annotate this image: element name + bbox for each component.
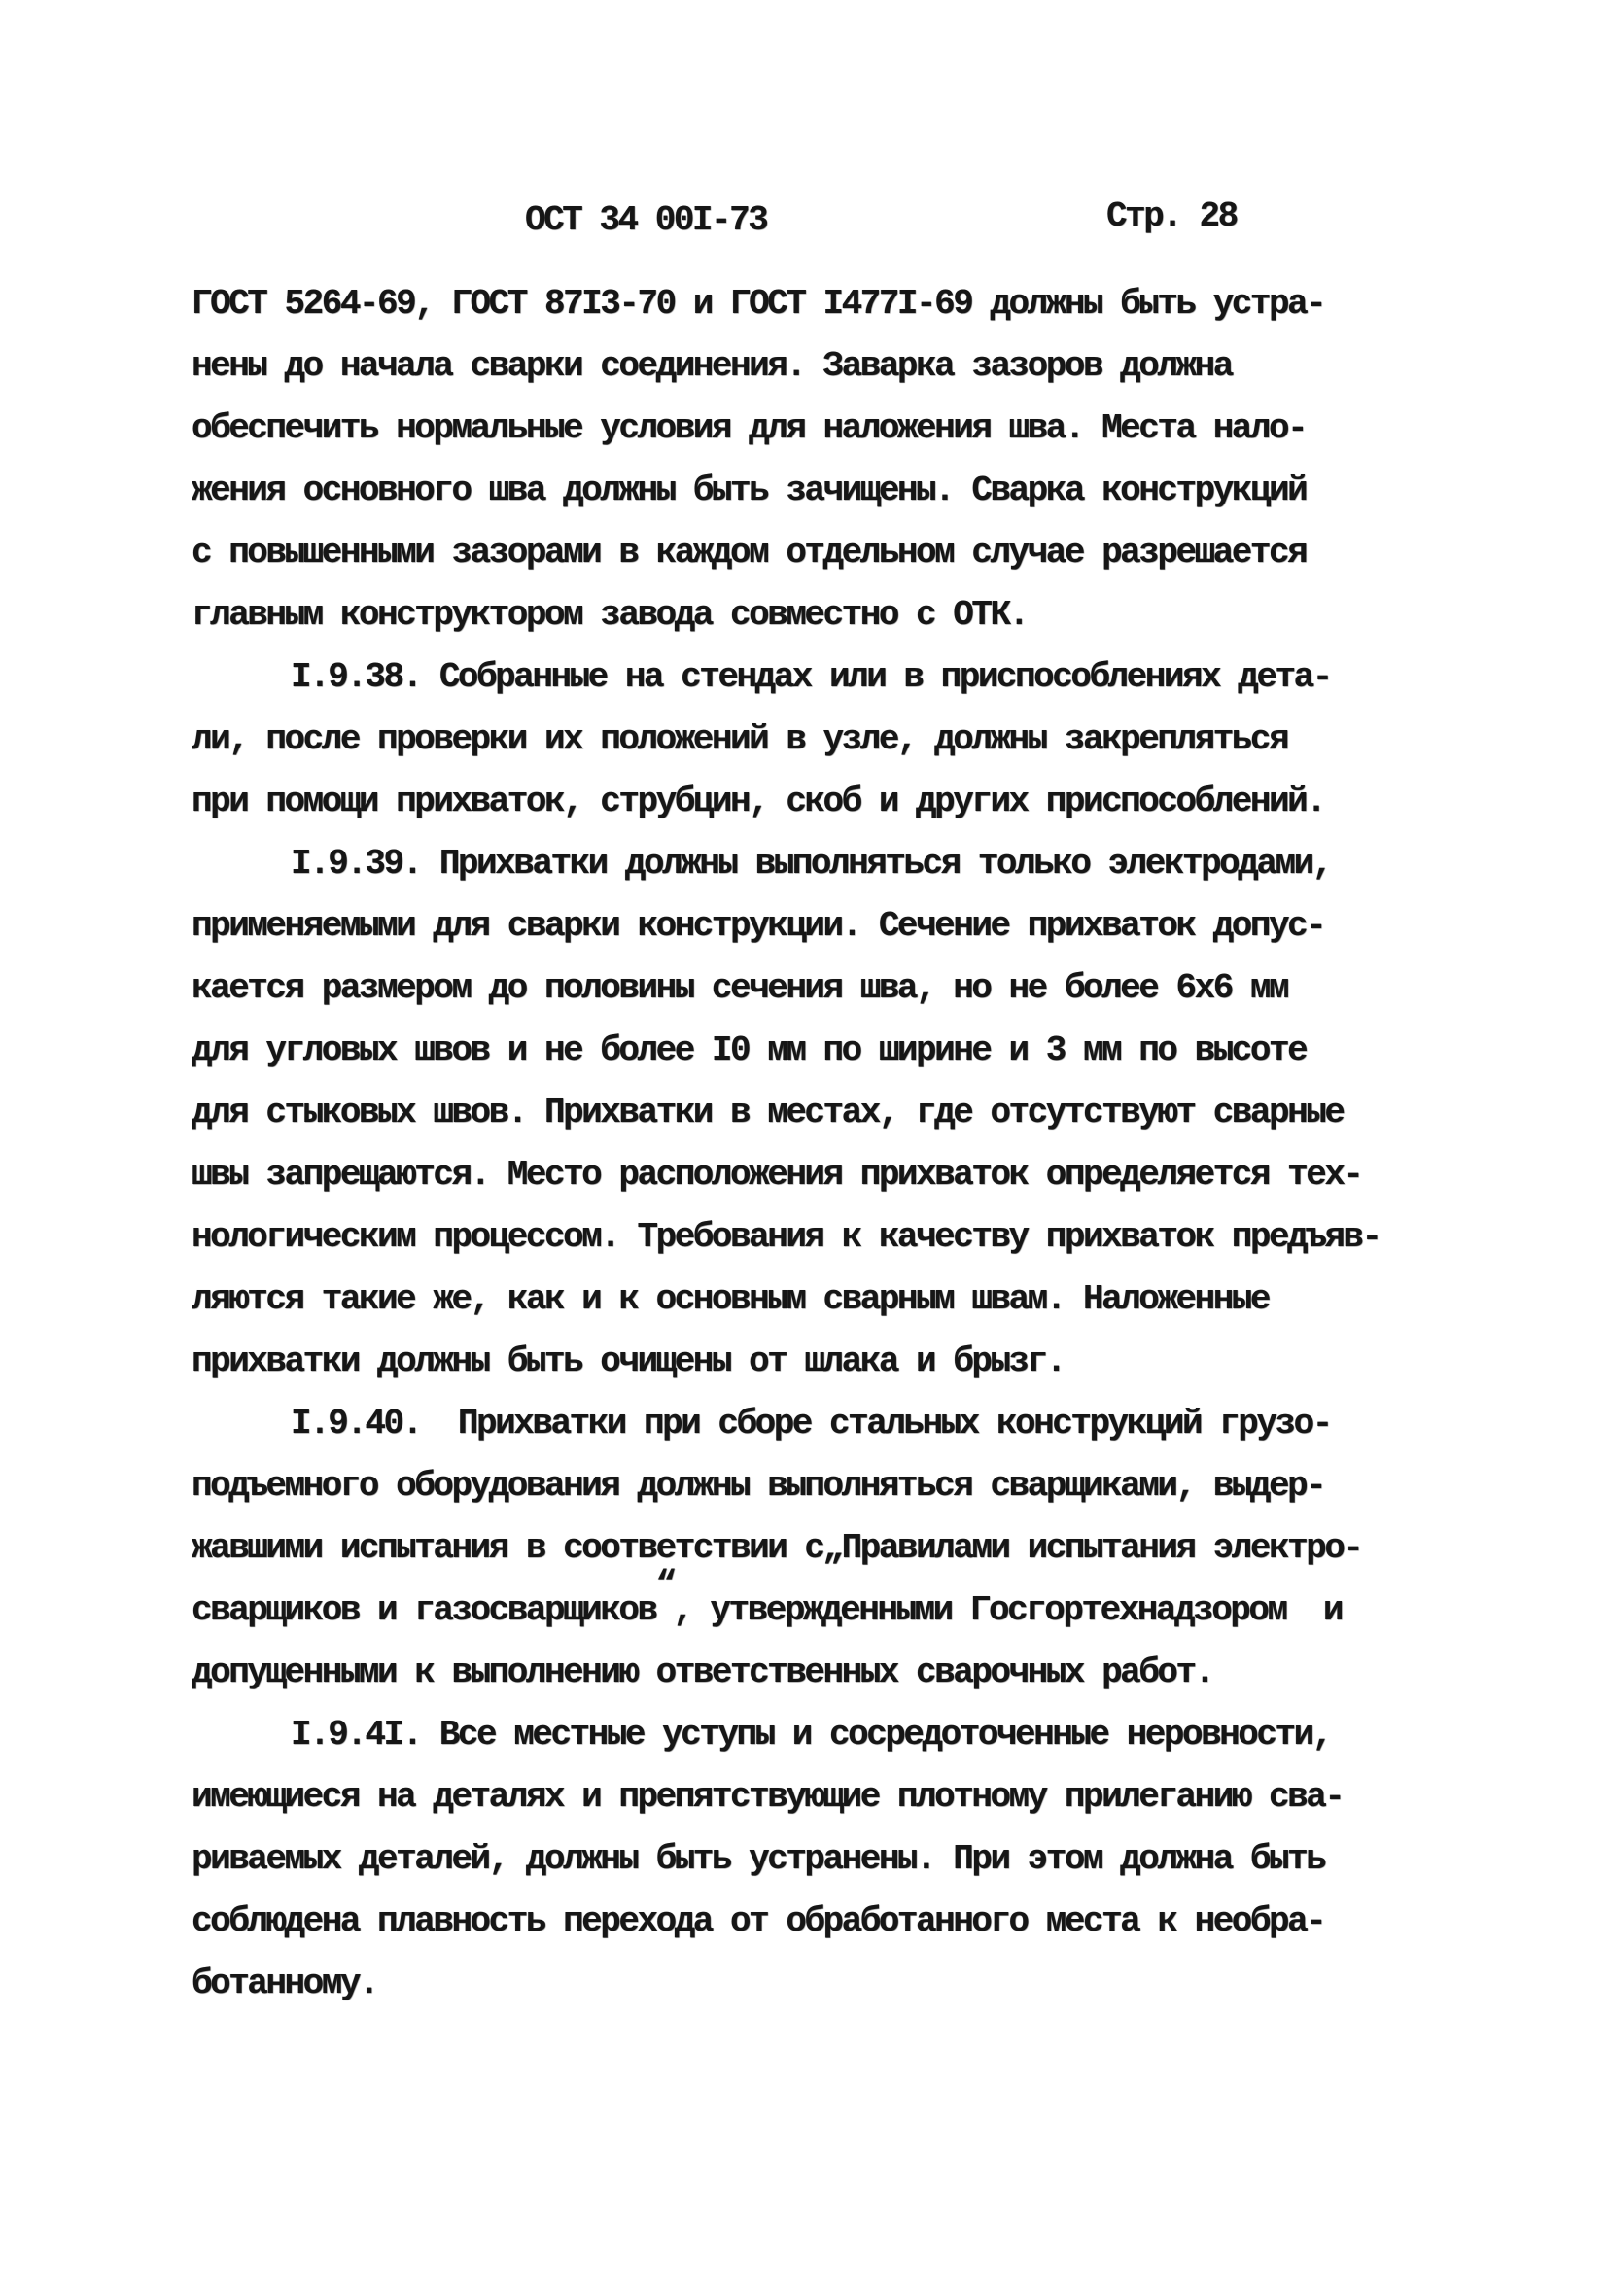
text-line: сварщиков и газосварщиков“, утвержденным… bbox=[192, 1580, 1416, 1642]
text-line: жения основного шва должны быть зачищены… bbox=[192, 460, 1416, 522]
page-header: ОСТ 34 00I-73 Стр. 28 bbox=[0, 200, 1608, 247]
scanned-page: ОСТ 34 00I-73 Стр. 28 ГОСТ 5264-69, ГОСТ… bbox=[0, 0, 1608, 2296]
text-line: обеспечить нормальные условия для наложе… bbox=[192, 398, 1416, 460]
text-line: нологическим процессом. Требования к кач… bbox=[192, 1206, 1416, 1269]
text-line: прихватки должны быть очищены от шлака и… bbox=[192, 1331, 1416, 1393]
text-line: I.9.40. Прихватки при сборе стальных кон… bbox=[192, 1393, 1416, 1455]
text-line: применяемыми для сварки конструкции. Сеч… bbox=[192, 895, 1416, 957]
text-line: ГОСТ 5264-69, ГОСТ 87I3-70 и ГОСТ I477I-… bbox=[192, 273, 1416, 335]
text-line: кается размером до половины сечения шва,… bbox=[192, 957, 1416, 1020]
text-line: риваемых деталей, должны быть устранены.… bbox=[192, 1828, 1416, 1891]
text-line: I.9.4I. Все местные уступы и сосредоточе… bbox=[192, 1704, 1416, 1766]
text-line: для стыковых швов. Прихватки в местах, г… bbox=[192, 1082, 1416, 1144]
doc-number: ОСТ 34 00I-73 bbox=[525, 200, 766, 240]
text-line: с повышенными зазорами в каждом отдельно… bbox=[192, 522, 1416, 584]
text-line: жавшими испытания в соответствии с„Прави… bbox=[192, 1517, 1416, 1580]
text-line: допущенными к выполнению ответственных с… bbox=[192, 1642, 1416, 1704]
text-line: имеющиеся на деталях и препятствующие пл… bbox=[192, 1766, 1416, 1828]
text-line: соблюдена плавность перехода от обработа… bbox=[192, 1891, 1416, 1953]
text-line: ляются такие же, как и к основным сварны… bbox=[192, 1269, 1416, 1331]
text-line: I.9.39. Прихватки должны выполняться тол… bbox=[192, 833, 1416, 895]
text-line: швы запрещаются. Место расположения прих… bbox=[192, 1144, 1416, 1206]
document-body: ГОСТ 5264-69, ГОСТ 87I3-70 и ГОСТ I477I-… bbox=[192, 273, 1416, 2015]
text-line: ботанному. bbox=[192, 1953, 1416, 2015]
closing-quote-mark: “ bbox=[656, 1565, 674, 1605]
text-line: подъемного оборудования должны выполнять… bbox=[192, 1455, 1416, 1517]
text-line: нены до начала сварки соединения. Заварк… bbox=[192, 335, 1416, 398]
text-line: главным конструктором завода совместно с… bbox=[192, 584, 1416, 646]
page-number: Стр. 28 bbox=[1106, 196, 1237, 236]
text-line: ли, после проверки их положений в узле, … bbox=[192, 709, 1416, 771]
text-line: для угловых швов и не более I0 мм по шир… bbox=[192, 1020, 1416, 1082]
text-line: при помощи прихваток, струбцин, скоб и д… bbox=[192, 771, 1416, 833]
text-line: I.9.38. Собранные на стендах или в присп… bbox=[192, 646, 1416, 709]
